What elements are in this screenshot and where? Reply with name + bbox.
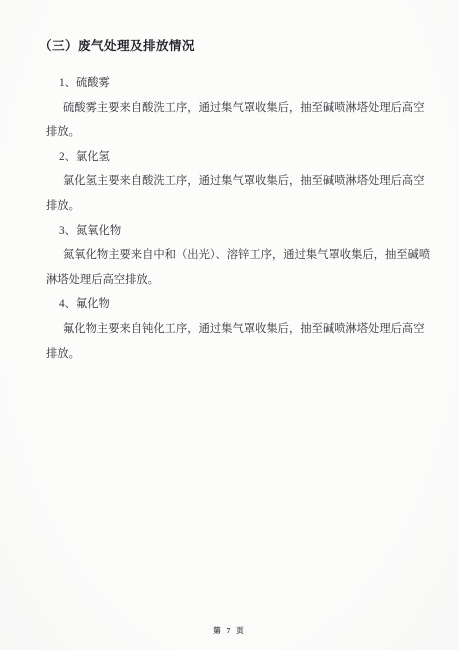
page-number: 第 7 页	[0, 625, 459, 636]
section-heading: （三）废气处理及排放情况	[39, 37, 423, 55]
subsection-4-title: 4、氟化物	[39, 292, 423, 317]
subsection-3-paragraph-line-2: 淋塔处理后高空排放。	[39, 268, 423, 293]
subsection-2-paragraph-line-1: 氯化氢主要来自酸洗工序，通过集气罩收集后，抽至碱喷淋塔处理后高空	[39, 169, 423, 194]
subsection-3-title: 3、氮氧化物	[39, 219, 423, 244]
scanned-document-page: （三）废气处理及排放情况 1、硫酸雾 硫酸雾主要来自酸洗工序，通过集气罩收集后，…	[0, 0, 459, 650]
subsection-2-paragraph-line-2: 排放。	[39, 194, 423, 219]
subsection-1-title: 1、硫酸雾	[39, 71, 423, 96]
subsection-4-paragraph-line-2: 排放。	[39, 342, 423, 367]
subsection-3-paragraph-line-1: 氮氧化物主要来自中和（出光）、溶锌工序，通过集气罩收集后，抽至碱喷	[39, 243, 423, 268]
document-body: （三）废气处理及排放情况 1、硫酸雾 硫酸雾主要来自酸洗工序，通过集气罩收集后，…	[0, 0, 459, 366]
subsection-4-paragraph-line-1: 氟化物主要来自钝化工序，通过集气罩收集后，抽至碱喷淋塔处理后高空	[39, 317, 423, 342]
subsection-2-title: 2、氯化氢	[39, 145, 423, 170]
subsection-1-paragraph-line-1: 硫酸雾主要来自酸洗工序，通过集气罩收集后，抽至碱喷淋塔处理后高空	[39, 96, 423, 121]
subsection-1-paragraph-line-2: 排放。	[39, 120, 423, 145]
